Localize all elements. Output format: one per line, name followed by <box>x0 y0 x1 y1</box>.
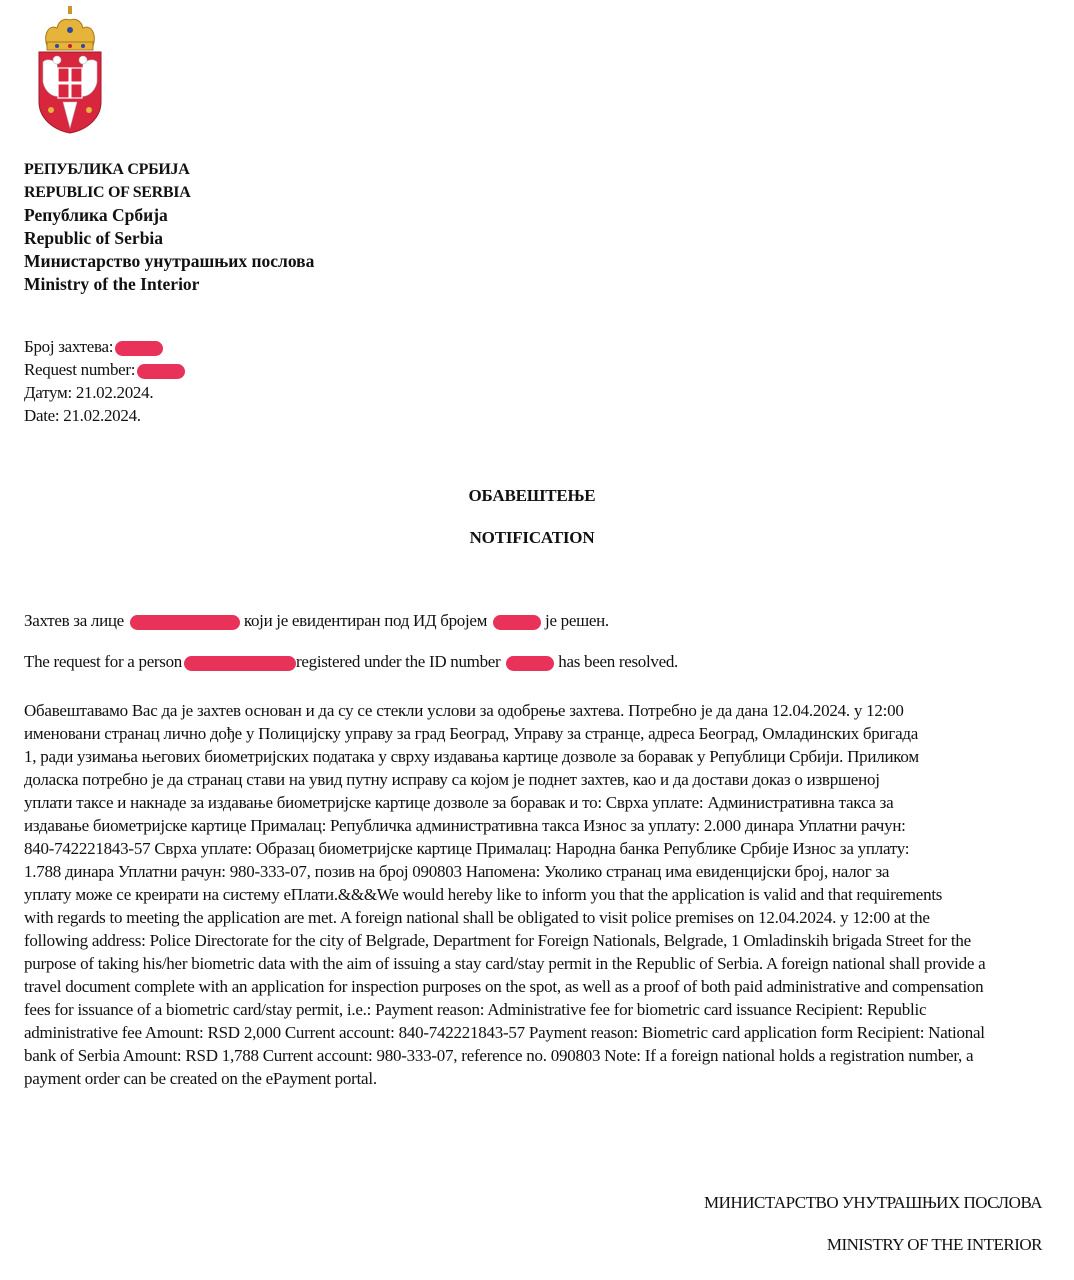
body-line: Обавештавамо Вас да је захтев основан и … <box>24 699 1046 722</box>
body-line: administrative fee Amount: RSD 2,000 Cur… <box>24 1021 1046 1044</box>
redaction-mark <box>137 364 185 379</box>
header-line-en-caps: REPUBLIC OF SERBIA <box>24 181 314 204</box>
resolution-en-text: The request for a person <box>24 652 182 671</box>
signature-sr: МИНИСТАРСТВО УНУТРАШЊИХ ПОСЛОВА <box>704 1193 1042 1213</box>
notification-body: Обавештавамо Вас да је захтев основан и … <box>24 699 1046 1090</box>
request-number-en: Request number: <box>24 358 185 381</box>
body-line: 1, ради узимања његових биометријских по… <box>24 745 1046 768</box>
body-line: уплату може се креирати на систему еПлат… <box>24 883 1046 906</box>
resolution-sr: Захтев за лице који је евидентиран под И… <box>24 611 609 631</box>
issuer-header: РЕПУБЛИКА СРБИЈА REPUBLIC OF SERBIA Репу… <box>24 158 314 296</box>
serbian-coat-of-arms-icon <box>35 6 105 134</box>
header-line-sr: Република Србија <box>24 204 314 227</box>
date-en: Date: 21.02.2024. <box>24 404 185 427</box>
body-line: payment order can be created on the ePay… <box>24 1067 1046 1090</box>
body-line: доласка потребно је да странац стави на … <box>24 768 1046 791</box>
body-line: именовани странац лично дође у Полицијск… <box>24 722 1046 745</box>
body-line: travel document complete with an applica… <box>24 975 1046 998</box>
resolution-sr-text: је решен. <box>545 611 609 630</box>
header-ministry-en: Ministry of the Interior <box>24 273 314 296</box>
header-line-sr-caps: РЕПУБЛИКА СРБИЈА <box>24 158 314 181</box>
body-line: following address: Police Directorate fo… <box>24 929 1046 952</box>
request-number-en-label: Request number: <box>24 360 135 379</box>
resolution-en: The request for a personregistered under… <box>24 652 678 672</box>
header-ministry-sr: Министарство унутрашњих послова <box>24 250 314 273</box>
body-line: purpose of taking his/her biometric data… <box>24 952 1046 975</box>
body-line: bank of Serbia Amount: RSD 1,788 Current… <box>24 1044 1046 1067</box>
header-line-en: Republic of Serbia <box>24 227 314 250</box>
redaction-mark <box>115 341 163 356</box>
body-line: 1.788 динара Уплатни рачун: 980-333-07, … <box>24 860 1046 883</box>
body-line: fees for issuance of a biometric card/st… <box>24 998 1046 1021</box>
redaction-mark <box>130 615 240 630</box>
resolution-sr-text: који је евидентиран под ИД бројем <box>244 611 487 630</box>
redaction-mark <box>184 656 296 671</box>
document-meta: Број захтева: Request number: Датум: 21.… <box>24 335 185 427</box>
date-sr: Датум: 21.02.2024. <box>24 381 185 404</box>
document-title-sr: ОБАВЕШТЕЊЕ <box>0 486 1064 506</box>
resolution-sr-text: Захтев за лице <box>24 611 124 630</box>
request-number-sr: Број захтева: <box>24 335 185 358</box>
redaction-mark <box>493 615 541 630</box>
signature-en: MINISTRY OF THE INTERIOR <box>827 1235 1042 1255</box>
redaction-mark <box>506 656 554 671</box>
body-line: 840-742221843-57 Сврха уплате: Образац б… <box>24 837 1046 860</box>
document-title-en: NOTIFICATION <box>0 528 1064 548</box>
resolution-en-text: registered under the ID number <box>296 652 500 671</box>
resolution-en-text: has been resolved. <box>558 652 678 671</box>
body-line: with regards to meeting the application … <box>24 906 1046 929</box>
body-line: уплати таксе и накнаде за издавање биоме… <box>24 791 1046 814</box>
request-number-sr-label: Број захтева: <box>24 337 113 356</box>
body-line: издавање биометријске картице Прималац: … <box>24 814 1046 837</box>
